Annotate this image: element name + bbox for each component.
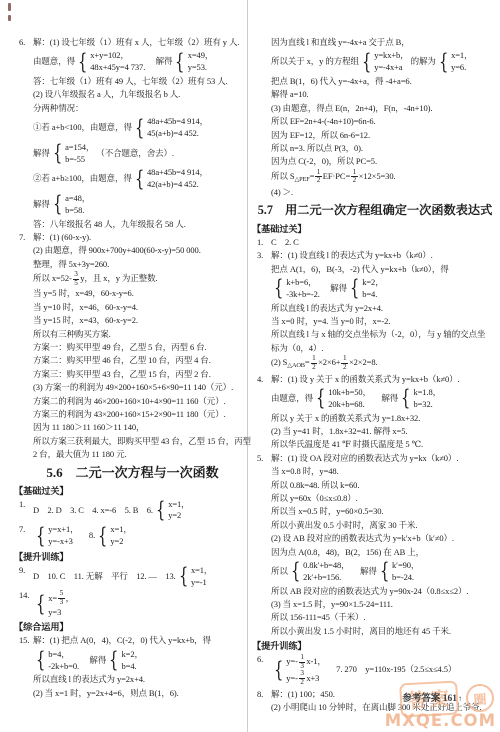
answer-line: 所以 y 关于 x 的函数关系式为 y=1.8x+32.: [256, 412, 498, 425]
equation-system: {x+y=102，48x+45y=4 737.: [76, 50, 145, 74]
answer-line: 因为 EF=12，所以 6n-6=12.: [256, 129, 498, 142]
answer-line: 方案三：购买甲型 43 台，乙型 15 台，丙型 2 台.: [18, 368, 247, 381]
answer-line: 1.D 2. D 3. C 4. x=-6 5. B 6.{x=1，y=2: [18, 498, 247, 524]
fraction: 12: [341, 355, 348, 371]
brace-icon: {: [78, 52, 87, 73]
answer-line: 4.解：(1) 设 y 关于 x 的函数关系式为 y=kx+b（k≠0）.: [256, 373, 498, 386]
answer-line: (2) S△AOB=12×2×6+12×2×2=8.: [256, 355, 498, 372]
brace-icon: {: [274, 278, 283, 299]
section-badge: 【基础过关】: [14, 483, 247, 498]
brace-icon: {: [362, 52, 371, 73]
brace-icon: {: [109, 650, 118, 671]
answer-line: 方案二的利润为 46×200+160×10+4×90=11 160（元）.: [18, 395, 247, 408]
answer-line: (3) 方案一的利润为 49×200+160×5+6×90=11 140（元）.: [18, 381, 247, 394]
scan-mark: [8, 15, 11, 21]
answer-line: 所以直线 l 的表达式为 y=2x+4.: [18, 673, 247, 686]
section-badge: 【提升训练】: [252, 638, 498, 653]
answer-line: 所以 AB 段对应的函数表达式为 y=90x-24（0.8≤x≤2）.: [256, 585, 498, 598]
subscript: △AOB: [287, 362, 305, 369]
item-number: 6.: [19, 36, 25, 49]
equation-system: {k′=90，b=-24.: [378, 560, 420, 584]
item-number: 7.: [19, 231, 25, 244]
item-number: 3.: [257, 249, 263, 262]
fraction: 12: [311, 355, 318, 371]
answer-line: 把点 A(1，6)，B(-3，-2) 代入 y=kx+b（k≠0），得: [256, 263, 498, 276]
answer-line: {b=4，-2k+b=0. 解得{k=2，b=4.: [18, 648, 247, 674]
scan-mark: [8, 3, 11, 11]
column-divider: [247, 0, 248, 732]
answer-line: 由题意，得{10k+b=50，20k+b=68. 解得{k=1.8，b=32.: [256, 386, 498, 412]
answer-line: 所以小黄出发 0.5 小时时，离家 30 千米.: [256, 519, 498, 532]
equation-system: {b=4，-2k+b=0.: [34, 649, 79, 673]
equation-system: {0.8k′+b=48，2k′+b=156.: [289, 560, 350, 584]
answer-key-page: 6.解：(1) 设七年级（1）班有 x 人，七年级（2）班有 y 人.由题意，得…: [0, 0, 500, 732]
equation-system: {k=1.8，b=32.: [399, 387, 441, 411]
answer-line: ①若 a+b<100，由题意，得{48a+45b=4 914，45(a+b)=4…: [18, 115, 247, 141]
up-arrow-icon: ↑: [458, 694, 462, 703]
answer-line: 所以直线 l 的表达式为 y=2x+4.: [256, 302, 498, 315]
item-number: 4.: [257, 373, 263, 386]
equation-system: {x=53，y=3: [34, 590, 74, 618]
answer-line: 整理，得 5x+3y=260.: [18, 258, 247, 271]
answer-line: 所以 x=52-35y，且 x，y 为正整数.: [18, 271, 247, 287]
equation-system: {10k+b=50，20k+b=68.: [314, 387, 371, 411]
item-number: 5.: [257, 452, 263, 465]
equation-system: {x=1，y=2: [154, 499, 190, 523]
answer-line: 答：八年级报名 48 人，九年级报名 58 人.: [18, 218, 247, 231]
answer-line: 因为点 C(-2，0)，所以 PC=5.: [256, 155, 498, 168]
answer-line: 6.解：(1) 设七年级（1）班有 x 人，七年级（2）班有 y 人.: [18, 36, 247, 49]
answer-line: 所以方案三获利最大，即购买甲型 43 台，乙型 15 台，丙型: [18, 435, 247, 448]
fraction: 12: [351, 169, 358, 185]
item-number: 1.: [19, 498, 25, 511]
equation-system: {x=49，y=53.: [173, 50, 213, 74]
equation-system: {y=x+1，y=-x+3: [34, 524, 79, 548]
section-badge: 【综合运用】: [14, 619, 247, 634]
equation-system: {x=1，y=6.: [437, 50, 473, 74]
brace-icon: {: [36, 594, 45, 615]
section-badge: 【基础过关】: [252, 221, 498, 236]
answer-line: 所以小黄出发 1.5 小时时，离目的地还有 45 千米.: [256, 625, 498, 638]
brace-icon: {: [135, 169, 144, 190]
answer-line: 所以{0.8k′+b=48，2k′+b=156. 解得{k′=90，b=-24.: [256, 559, 498, 585]
brace-icon: {: [439, 52, 448, 73]
item-number: 9.: [19, 564, 25, 577]
fraction: 13: [299, 654, 306, 670]
left-column: 6.解：(1) 设七年级（1）班有 x 人，七年级（2）班有 y 人.由题意，得…: [18, 36, 247, 700]
answer-line: 当 y=15 时，x=43，60-x-y=2.: [18, 314, 247, 327]
answer-line: (3) 由题意，得点 E(n，2n+4)，F(n，-4n+10).: [256, 102, 498, 115]
answer-line: 解得{a=48，b=58.: [18, 192, 247, 218]
answer-line: 由题意，得{x+y=102，48x+45y=4 737. 解得{x=49，y=5…: [18, 49, 247, 75]
section-heading: 5.6 二元一次方程与一次函数: [18, 462, 247, 483]
fraction: 32: [299, 670, 306, 686]
answer-line: 所以 156-111=45（千米）.: [256, 611, 498, 624]
brace-icon: {: [274, 660, 283, 681]
answer-line: 所以 n=3. 所以点 P(3，0).: [256, 142, 498, 155]
answer-line: 2 台，最大值为 11 180 元.: [18, 448, 247, 461]
answer-line: 因为 11 180＞11 160＞11 140，: [18, 421, 247, 434]
fraction: 35: [73, 271, 80, 287]
brace-icon: {: [53, 143, 62, 164]
brace-icon: {: [175, 52, 184, 73]
answer-line: 把点 B(1，6) 代入 y=-4x+a，得 -4+a=6.: [256, 75, 498, 88]
equation-system: {a=154，b=-55: [51, 142, 94, 166]
answer-line: 所以关于 x，y 的方程组{y=kx+b，y=-4x+a的解为{x=1，y=6.: [256, 49, 498, 75]
answer-line: {k+b=6，-3k+b=-2. 解得{k=2，b=4.: [256, 276, 498, 302]
answer-line: 所以当 x=0.5 时，y=60×0.5=30.: [256, 505, 498, 518]
answer-line: 当 y=10 时，x=46，60-x-y=4.: [18, 301, 247, 314]
answer-line: 9.D 10. C 11. 无解 平行 12. — 13.{x=1，y=-1: [18, 564, 247, 590]
answer-line: 当 y=5 时，x=49，60-x-y=6.: [18, 287, 247, 300]
item-number: 6.: [257, 653, 263, 666]
answer-line: 7.{y=x+1，y=-x+3 8.{x=1，y=2: [18, 523, 247, 549]
answer-line: (2) 设 AB 段对应的函数表达式为 y=k′x+b（k′≠0）.: [256, 532, 498, 545]
answer-line: 分两种情况：: [18, 102, 247, 115]
answer-line: 当 x=0 时，y=4. 当 y=0 时，x=-2.: [256, 315, 498, 328]
section-badge: 【提升训练】: [14, 549, 247, 564]
item-number: 15.: [19, 634, 29, 647]
brace-icon: {: [36, 650, 45, 671]
answer-line: 所以 S△PEF=12EF·PC=12×12×5=30.: [256, 169, 498, 186]
subscript: △PEF: [294, 176, 309, 183]
answer-line: (4) ＞.: [256, 186, 498, 199]
answer-line: 14.{x=53，y=3: [18, 589, 247, 619]
answer-line: 解得 a=10.: [256, 88, 498, 101]
answer-line: 3.解：(1) 设直线 l 的表达式为 y=kx+b（k≠0）.: [256, 249, 498, 262]
brace-icon: {: [401, 388, 410, 409]
fraction: 53: [58, 590, 65, 606]
answer-line: 所以华氏温度是 41 ℉ 时摄氏温度是 5 ℃.: [256, 438, 498, 451]
answer-line: 标为（0，4）.: [256, 342, 498, 355]
answer-line: 5.解：(1) 设 OA 段对应的函数表达式为 y=kx（k≠0）.: [256, 452, 498, 465]
equation-system: {48a+45b=4 914，42(a+b)=4 452.: [133, 167, 208, 191]
brace-icon: {: [156, 500, 165, 521]
equation-system: {y=kx+b，y=-4x+a: [360, 50, 409, 74]
answer-line: 所以 0.8k=48. 所以 k=60.: [256, 479, 498, 492]
section-heading: 5.7 用二元一次方程组确定一次函数表达式: [252, 200, 498, 221]
answer-line: ②若 a+b≥100，由题意，得{48a+45b=4 914，42(a+b)=4…: [18, 166, 247, 192]
item-number: 1.: [257, 236, 263, 249]
answer-line: (2) 当 y=41 时，1.8x+32=41. 解得 x=5.: [256, 425, 498, 438]
answer-line: 方案二：购买甲型 46 台，乙型 10 台，丙型 4 台.: [18, 354, 247, 367]
brace-icon: {: [53, 194, 62, 215]
equation-system: {k+b=6，-3k+b=-2.: [272, 277, 320, 301]
answer-line: 方案一：购买甲型 49 台，乙型 5 台，丙型 6 台.: [18, 341, 247, 354]
answer-line: 解得{a=154，b=-55（不合题意，舍去）.: [18, 141, 247, 167]
answer-line: 因为直线 l 和直线 y=-4x+a 交于点 B，: [256, 36, 498, 49]
brace-icon: {: [316, 388, 325, 409]
equation-system: {48a+45b=4 914，45(a+b)=4 452.: [133, 116, 208, 140]
equation-system: {k=2，b=4.: [348, 277, 384, 301]
answer-line: 答：七年级（1）班有 49 人，七年级（2）班有 53 人.: [18, 75, 247, 88]
right-column: 因为直线 l 和直线 y=-4x+a 交于点 B，所以关于 x，y 的方程组{y…: [256, 36, 498, 714]
fraction: 12: [315, 169, 322, 185]
brace-icon: {: [291, 561, 300, 582]
equation-system: {k=2，b=4.: [107, 649, 143, 673]
item-number: 8.: [257, 688, 263, 701]
answer-line: (2) 当 x=1 时，y=2x+4=6，则点 B(1，6).: [18, 687, 247, 700]
answer-line: 因为点 A(0.8，48)，B(2，156) 在 AB 上，: [256, 546, 498, 559]
equation-system: {x=1，y=2: [96, 524, 132, 548]
equation-system: {x=1，y=-1: [177, 565, 213, 589]
answer-stamp-circle-icon: 圈: [465, 683, 495, 713]
brace-icon: {: [98, 526, 107, 547]
brace-icon: {: [179, 566, 188, 587]
answer-line: 7.解：(1) (60-x-y).: [18, 231, 247, 244]
brace-icon: {: [350, 278, 359, 299]
brace-icon: {: [135, 118, 144, 139]
answer-line: 所以 y=60x（0≤x≤0.8）.: [256, 492, 498, 505]
page-footer-watermark: 答案 圈 参考答案 161↑ MXQE.COM: [326, 670, 496, 730]
answer-line: 15.解：(1) 把点 A(0，4)，C(-2，0) 代入 y=kx+b，得: [18, 634, 247, 647]
answer-line: (2) 由题意，得 900x+700y+400(60-x-y)=50 000.: [18, 244, 247, 257]
brace-icon: {: [380, 561, 389, 582]
answer-line: 当 x=0.8 时，y=48.: [256, 465, 498, 478]
item-number: 7.: [19, 523, 25, 536]
answer-line: (3) 当 x=1.5 时，y=90×1.5-24=111.: [256, 598, 498, 611]
item-number: 14.: [19, 589, 29, 602]
answer-line: 所以有三种购买方案.: [18, 328, 247, 341]
site-watermark: MXQE.COM: [385, 711, 496, 730]
page-number-text: 参考答案 161: [402, 694, 457, 704]
equation-system: {y=-13x-1，y=-32x+3: [272, 654, 326, 686]
brace-icon: {: [36, 526, 45, 547]
answer-line: 所以直线 l 与 x 轴的交点坐标为（-2，0），与 y 轴的交点坐: [256, 328, 498, 341]
answer-line: (2) 设八年级报名 a 人，九年级报名 b 人.: [18, 88, 247, 101]
answer-line: 1.C 2. C: [256, 236, 498, 249]
answer-line: 方案三的利润为 43×200+160×15+2×90=11 180（元）.: [18, 408, 247, 421]
answer-line: 所以 EF=2n+4-(-4n+10)=6n-6.: [256, 115, 498, 128]
page-number-label: 参考答案 161↑: [402, 690, 462, 704]
equation-system: {a=48，b=58.: [51, 193, 90, 217]
